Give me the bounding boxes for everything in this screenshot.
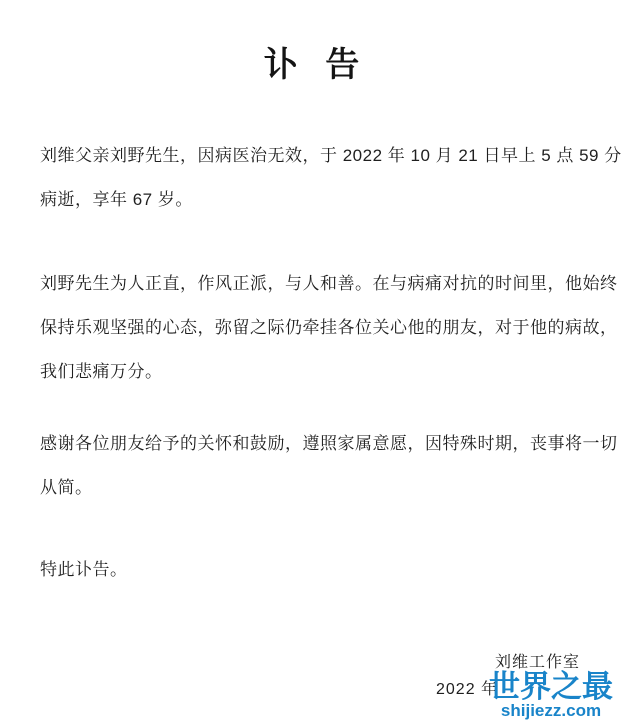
watermark-main-text: 世界之最: [489, 670, 613, 703]
paragraph-line: 保持乐观坚强的心态，弥留之际仍牵挂各位关心他的朋友，对于他的病故，: [40, 306, 585, 350]
paragraph-eulogy: 刘野先生为人正直，作风正派，与人和善。在与病痛对抗的时间里，他始终 保持乐观坚强…: [40, 262, 585, 394]
paragraph-thanks: 感谢各位朋友给予的关怀和鼓励，遵照家属意愿，因特殊时期，丧事将一切 从简。: [40, 422, 585, 510]
paragraph-line: 特此讣告。: [40, 548, 585, 592]
paragraph-line: 我们悲痛万分。: [40, 350, 585, 394]
watermark-domain-text: shijiezz.com: [489, 703, 613, 719]
obituary-document: 讣 告 刘维父亲刘野先生，因病医治无效，于 2022 年 10 月 21 日早上…: [0, 0, 625, 726]
paragraph-line: 从简。: [40, 466, 585, 510]
watermark: 世界之最 shijiezz.com: [489, 670, 613, 719]
paragraph-line: 病逝，享年 67 岁。: [40, 178, 585, 222]
paragraph-line: 刘维父亲刘野先生，因病医治无效，于 2022 年 10 月 21 日早上 5 点…: [40, 134, 585, 178]
paragraph-line: 感谢各位朋友给予的关怀和鼓励，遵照家属意愿，因特殊时期，丧事将一切: [40, 422, 585, 466]
paragraph-death-notice: 刘维父亲刘野先生，因病医治无效，于 2022 年 10 月 21 日早上 5 点…: [40, 134, 585, 222]
paragraph-closing: 特此讣告。: [40, 548, 585, 592]
paragraph-line: 刘野先生为人正直，作风正派，与人和善。在与病痛对抗的时间里，他始终: [40, 262, 585, 306]
page-title: 讣 告: [40, 40, 585, 90]
